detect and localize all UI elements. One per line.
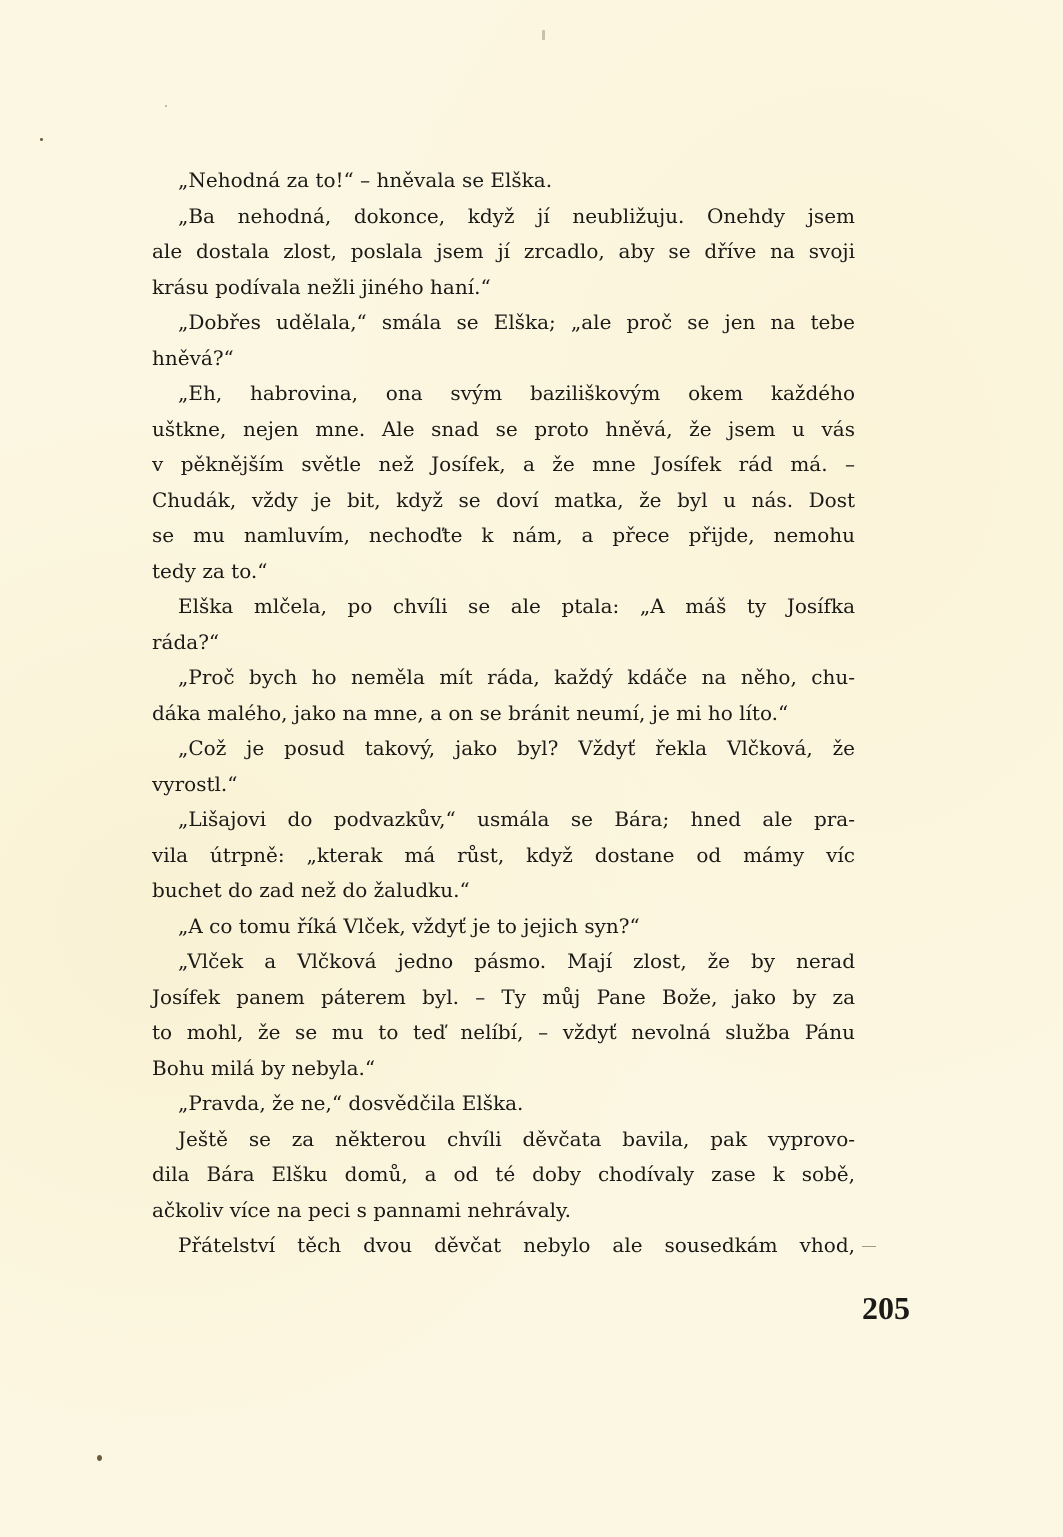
page-number: 205 [862, 1290, 910, 1327]
paper-speck [862, 1246, 876, 1247]
text-line: hněvá?“ [152, 341, 855, 377]
text-line: Chudák, vždy je bit, když se doví matka,… [152, 483, 855, 519]
text-line: krásu podívala nežli jiného haní.“ [152, 270, 855, 306]
text-line: Bohu milá by nebyla.“ [152, 1051, 855, 1087]
text-line: „Eh, habrovina, ona svým baziliškovým ok… [152, 376, 855, 412]
text-line: to mohl, že se mu to teď nelíbí, – vždyť… [152, 1015, 855, 1051]
text-line: se mu namluvím, nechoďte k nám, a přece … [152, 518, 855, 554]
text-line: dáka malého, jako na mne, a on se bránit… [152, 696, 855, 732]
text-line: „Ba nehodná, dokonce, když jí neubližuju… [152, 199, 855, 235]
text-line: „Dobřes udělala,“ smála se Elška; „ale p… [152, 305, 855, 341]
body-text: „Nehodná za to!“ – hněvala se Elška.„Ba … [152, 163, 855, 1264]
text-line: Josífek panem páterem byl. – Ty můj Pane… [152, 980, 855, 1016]
paper-speck [542, 30, 545, 40]
text-line: vyrostl.“ [152, 767, 855, 803]
text-line: buchet do zad než do žaludku.“ [152, 873, 855, 909]
text-line: „Proč bych ho neměla mít ráda, každý kdá… [152, 660, 855, 696]
text-line: v pěknějším světle než Josífek, a že mne… [152, 447, 855, 483]
text-line: dila Bára Elšku domů, a od té doby chodí… [152, 1157, 855, 1193]
text-line: ačkoliv více na peci s pannami nehrávaly… [152, 1193, 855, 1229]
text-line: „Lišajovi do podvazkův,“ usmála se Bára;… [152, 802, 855, 838]
paper-speck [165, 105, 167, 107]
paper-speck [40, 138, 43, 141]
text-line: Přátelství těch dvou děvčat nebylo ale s… [152, 1228, 855, 1264]
text-line: Elška mlčela, po chvíli se ale ptala: „A… [152, 589, 855, 625]
paper-speck [97, 1455, 102, 1461]
text-line: „Což je posud takový, jako byl? Vždyť ře… [152, 731, 855, 767]
text-line: „A co tomu říká Vlček, vždyť je to jejic… [152, 909, 855, 945]
text-line: „Pravda, že ne,“ dosvědčila Elška. [152, 1086, 855, 1122]
text-line: ale dostala zlost, poslala jsem jí zrcad… [152, 234, 855, 270]
book-page: „Nehodná za to!“ – hněvala se Elška.„Ba … [0, 0, 1063, 1537]
text-line: vila útrpně: „kterak má růst, když dosta… [152, 838, 855, 874]
text-line: uštkne, nejen mne. Ale snad se proto hně… [152, 412, 855, 448]
text-line: „Nehodná za to!“ – hněvala se Elška. [152, 163, 855, 199]
text-line: tedy za to.“ [152, 554, 855, 590]
text-line: „Vlček a Vlčková jedno pásmo. Mají zlost… [152, 944, 855, 980]
text-line: Ještě se za některou chvíli děvčata bavi… [152, 1122, 855, 1158]
text-line: ráda?“ [152, 625, 855, 661]
